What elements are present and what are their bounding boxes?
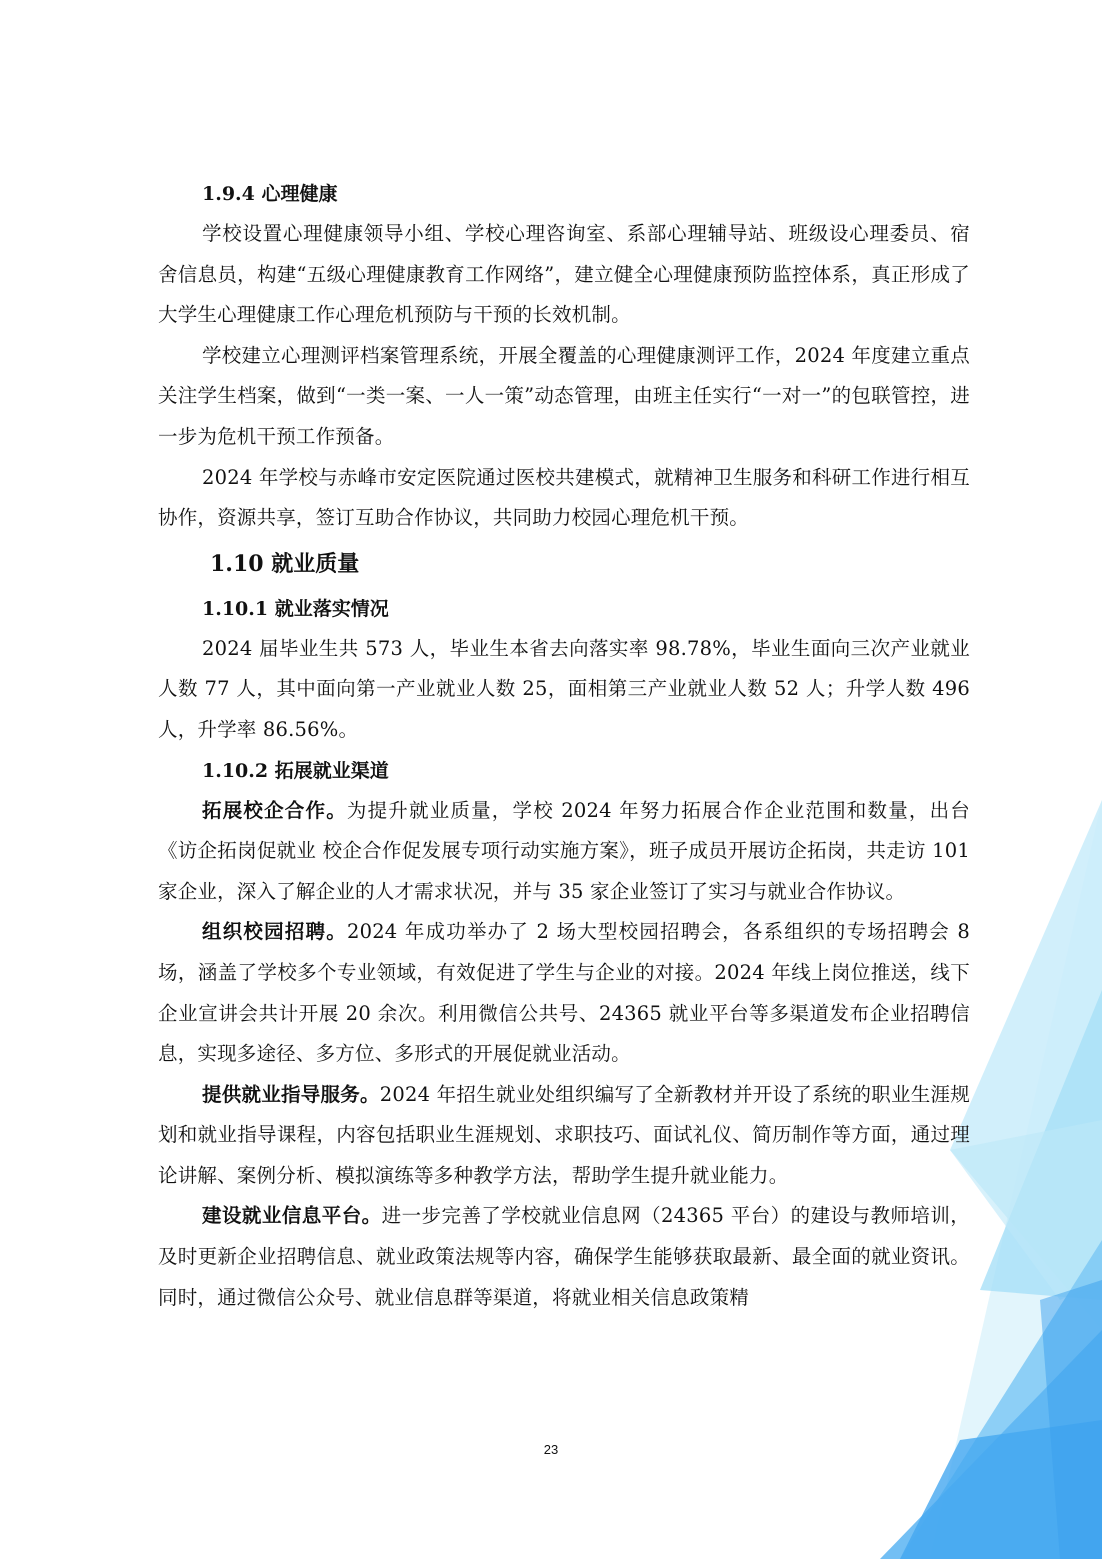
paragraph-school-enterprise: 拓展校企合作。为提升就业质量，学校 2024 年努力拓展合作企业范围和数量，出台… [158,791,970,913]
lead-text: 建设就业信息平台。 [202,1204,382,1227]
lead-text: 拓展校企合作。 [202,799,347,822]
paragraph-campus-recruitment: 组织校园招聘。2024 年成功举办了 2 场大型校园招聘会，各系组织的专场招聘会… [158,912,970,1074]
page-number: 23 [0,1442,1102,1457]
paragraph-career-guidance: 提供就业指导服务。2024 年招生就业处组织编写了全新教材并开设了系统的职业生涯… [158,1075,970,1197]
section-heading-1-10: 1.10 就业质量 [210,539,970,589]
paragraph: 学校设置心理健康领导小组、学校心理咨询室、系部心理辅导站、班级设心理委员、宿舍信… [158,214,970,336]
section-heading-1-10-2: 1.10.2 拓展就业渠道 [202,751,970,791]
lead-text: 提供就业指导服务。 [202,1083,380,1106]
paragraph: 2024 年学校与赤峰市安定医院通过医校共建模式，就精神卫生服务和科研工作进行相… [158,458,970,539]
paragraph: 2024 届毕业生共 573 人，毕业生本省去向落实率 98.78%，毕业生面向… [158,629,970,751]
paragraph-info-platform: 建设就业信息平台。进一步完善了学校就业信息网（24365 平台）的建设与教师培训… [158,1196,970,1318]
paragraph: 学校建立心理测评档案管理系统，开展全覆盖的心理健康测评工作，2024 年度建立重… [158,336,970,458]
section-heading-1-9-4: 1.9.4 心理健康 [202,174,970,214]
section-heading-1-10-1: 1.10.1 就业落实情况 [202,589,970,629]
lead-text: 组织校园招聘。 [202,920,347,943]
document-page: 1.9.4 心理健康 学校设置心理健康领导小组、学校心理咨询室、系部心理辅导站、… [158,174,970,1318]
